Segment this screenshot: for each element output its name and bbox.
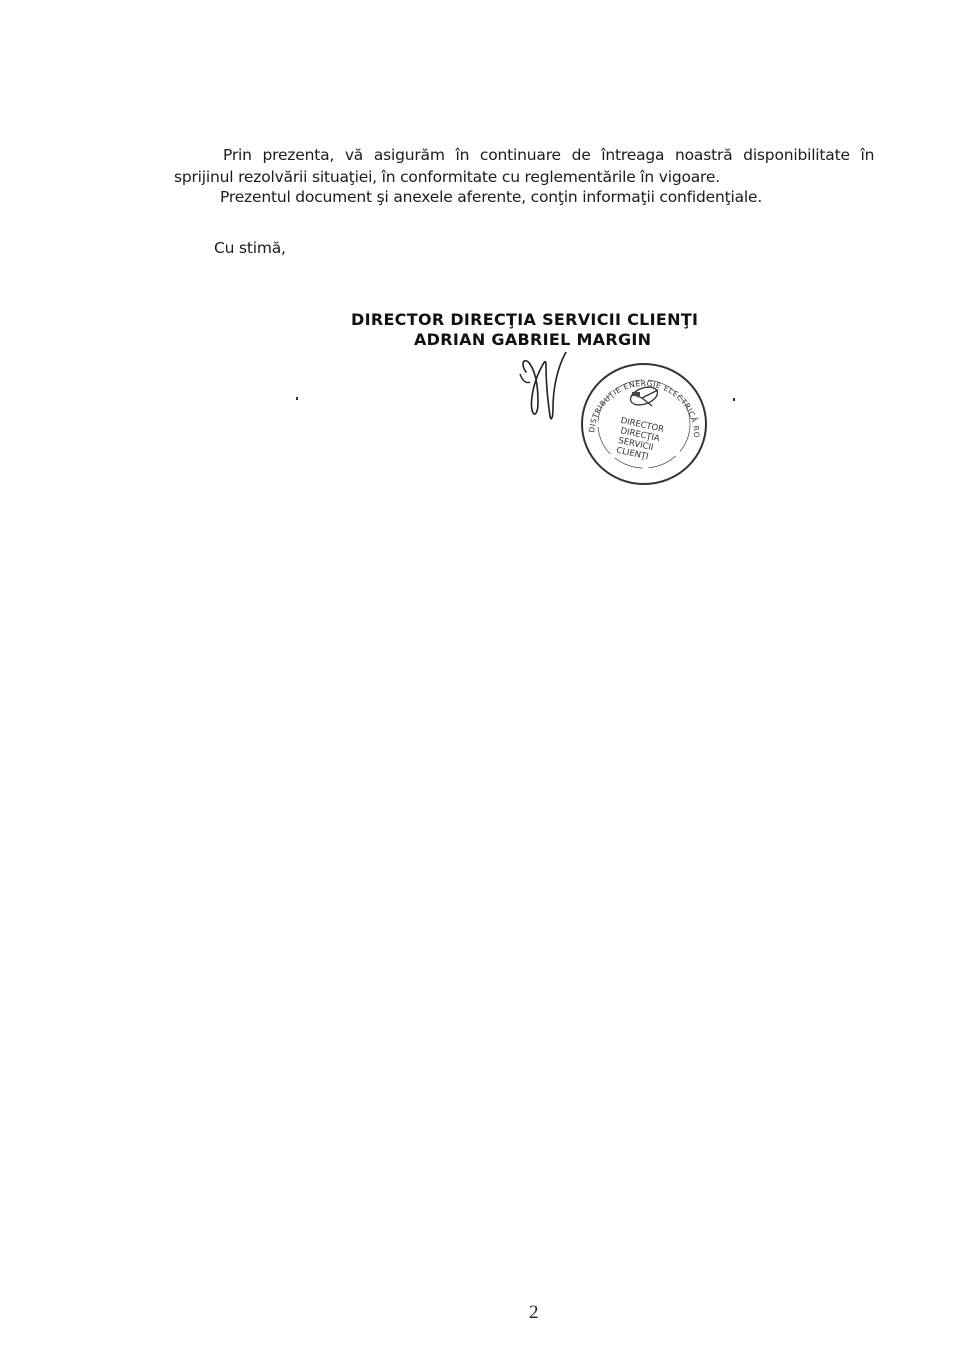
page-number: 2 <box>529 1302 539 1324</box>
signatory-name: ADRIAN GABRIEL MARGIN <box>414 330 651 349</box>
body-paragraph-line-2: sprijinul rezolvării situaţiei, în confo… <box>174 167 720 187</box>
signatory-title: DIRECTOR DIRECŢIA SERVICII CLIENŢI <box>351 310 698 329</box>
document-page: Prin prezenta, vă asigurăm în continuare… <box>0 0 970 1371</box>
scan-speck <box>733 398 735 401</box>
scan-speck <box>296 397 298 400</box>
confidentiality-notice: Prezentul document şi anexele aferente, … <box>220 187 762 207</box>
body-paragraph-line-1: Prin prezenta, vă asigurăm în continuare… <box>223 145 874 165</box>
handwritten-signature-icon <box>518 352 578 424</box>
company-stamp-icon: DISTRIBUŢIE ENERGIE ELECTRICĂ ROMÂNIA DI… <box>574 356 712 490</box>
closing-salutation: Cu stimă, <box>214 238 286 258</box>
